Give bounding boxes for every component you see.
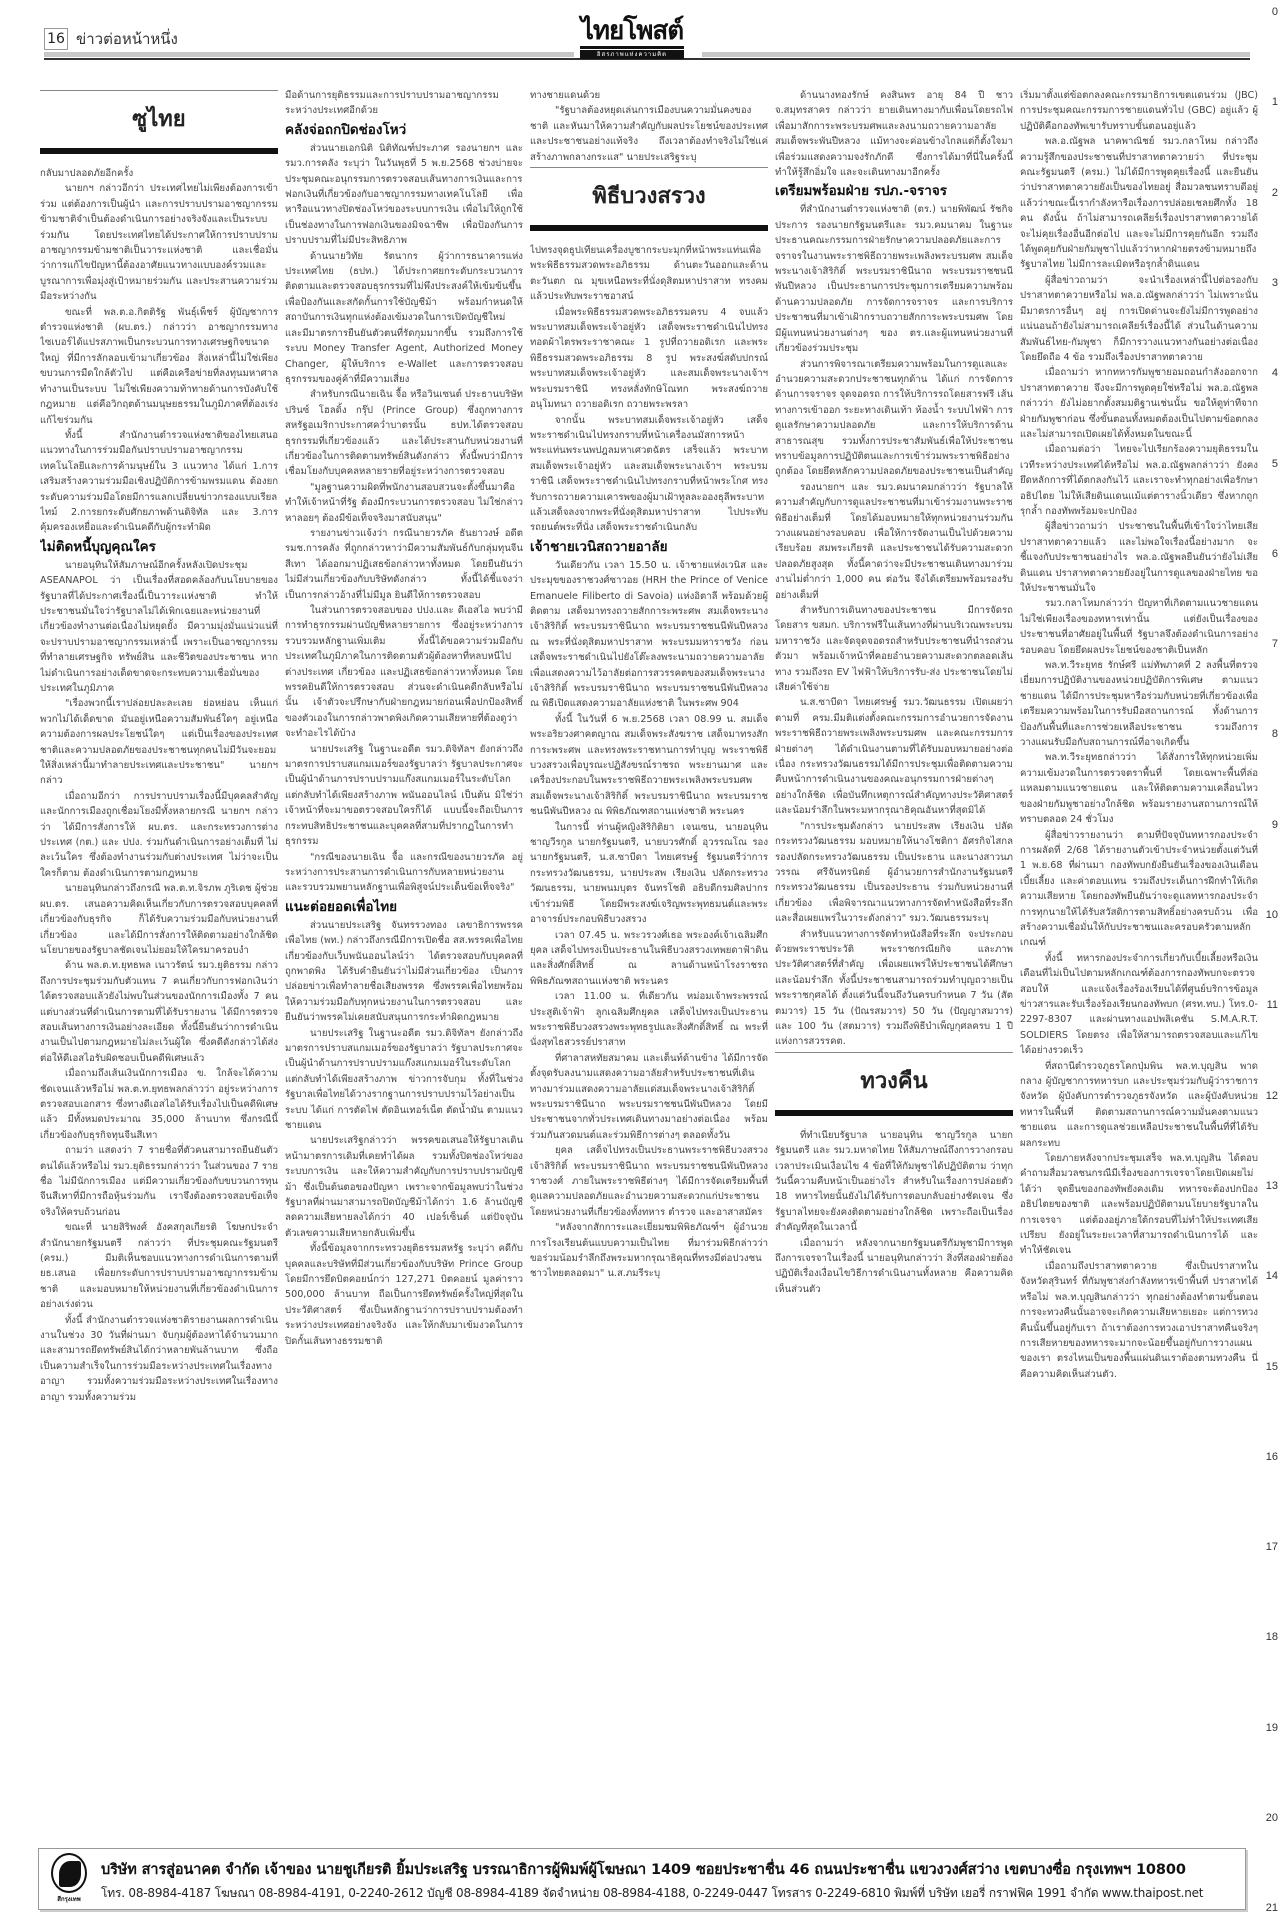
paragraph-group: ส่วนนายเอกนิติ นิติทัณฑ์ประภาศ รองนายกฯ …	[285, 141, 523, 896]
article-paragraph: ด้านนางทองรักษ์ คงสินพร อายุ 84 ปี ชาว จ…	[775, 88, 1013, 180]
article-paragraph: ถามว่า แสดงว่า 7 รายชื่อที่ตัวคนสามารถยื…	[40, 1143, 278, 1220]
article-paragraph: "รัฐบาลต้องหยุดเล่นการเมืองบนความมั่นคงข…	[530, 103, 768, 165]
ruler-mark: 13	[1266, 1180, 1278, 1192]
subheadline: แนะต่อยอดเพื่อไทย	[285, 897, 523, 917]
article-paragraph: ด้าน พล.ต.ท.ยุทธพล เนาวรัตน์ รมว.ยุติธรร…	[40, 958, 278, 1066]
ruler-mark: 20	[1266, 1812, 1278, 1824]
ruler-mark: 19	[1266, 1722, 1278, 1734]
article-paragraph: พล.ท.วีระยุทธกล่าวว่า ได้สั่งการให้ทุกหน…	[1020, 750, 1258, 827]
ruler-mark: 8	[1272, 728, 1278, 740]
article-paragraph: เมื่อถามอีกว่า การปราบปรามเรื่องนี้มีบุค…	[40, 789, 278, 881]
ruler-mark: 16	[1266, 1451, 1278, 1463]
publisher-logo-caption: สีกรุงเทพ	[49, 1894, 89, 1904]
article-paragraph: ทั้งนี้ข้อมูลจากกระทรวงยุติธรรมสหรัฐ ระบ…	[285, 1241, 523, 1349]
section-title: ทวงคืน	[860, 1069, 927, 1094]
ruler-mark: 0	[1272, 6, 1278, 18]
article-paragraph: ส่วนการพิจารณาเตรียมความพร้อมในการดูแลแล…	[775, 357, 1013, 480]
article-paragraph: รองนายกฯ และ รมว.คมนาคมกล่าวว่า รัฐบาลให…	[775, 480, 1013, 603]
article-paragraph: เมื่อพระพิธีธรรมสวดพระอภิธรรมครบ 4 จบแล้…	[530, 305, 768, 413]
ruler-mark: 17	[1266, 1541, 1278, 1553]
article-paragraph: รมว.กลาโหมกล่าวว่า ปัญหาที่เกิดตามแนวชาย…	[1020, 596, 1258, 658]
column-1: ซูไทย กลับมาปลอดภัยอีกครั้งนายกฯ กล่าวอี…	[40, 88, 278, 1823]
article-paragraph: เมื่อถามถึงเส้นเงินนักการเมือง ข. ใกล้จะ…	[40, 1066, 278, 1143]
paragraph-group: ทางชายแดนด้วย"รัฐบาลต้องหยุดเล่นการเมือง…	[530, 88, 768, 165]
ruler-mark: 14	[1266, 1270, 1278, 1282]
article-paragraph: สำหรับแนวทางการจัดทำหนังสือที่ระลึก จะปร…	[775, 927, 1013, 1050]
ruler-mark: 7	[1272, 638, 1278, 650]
article-paragraph: ทั้งนี้ ทหารกองประจำการเกี่ยวกับเบี้ยเลี…	[1020, 951, 1258, 1059]
paragraph-group: ด้านนางทองรักษ์ คงสินพร อายุ 84 ปี ชาว จ…	[775, 88, 1013, 180]
article-paragraph: "หลังจากสักการะและเยี่ยมชมพิพิธภัณฑ์ฯ ผู…	[530, 1220, 768, 1282]
paragraph-group: ที่สำนักงานตำรวจแห่งชาติ (ตร.) นายพิพัฒน…	[775, 202, 1013, 1049]
ruler-mark: 12	[1266, 1090, 1278, 1102]
article-paragraph: สำหรับกรณีนายเฉิน จื้อ หรือวินเซนต์ ประธ…	[285, 387, 523, 479]
section-header: ซูไทย	[40, 90, 278, 162]
column-2: มือด้านการยุติธรรมและการปราบปรามอาชญากรร…	[285, 88, 523, 1823]
article-paragraph: ขณะที่ นายสิริพงศ์ อังคสกุลเกียรติ โฆษกป…	[40, 1220, 278, 1312]
article-paragraph: ที่สถานีตำรวจภูธรโคกปุ่มพิน พล.ท.บุญสิน …	[1020, 1059, 1258, 1151]
paragraph-group: วันเดียวกัน เวลา 15.50 น. เจ้าชายแห่งเวน…	[530, 558, 768, 1282]
article-paragraph: เมื่อถามว่า หลังจากนายกรัฐมนตรีกัมพูชามี…	[775, 1236, 1013, 1298]
masthead-rule-right	[702, 52, 1250, 57]
article-paragraph: นายอนุทินให้สัมภาษณ์อีกครั้งหลังเปิดประช…	[40, 558, 278, 697]
article-paragraph: โดยภายหลังจากประชุมเสร็จ พล.ท.บุญสิน ได้…	[1020, 1151, 1258, 1259]
section-header: พิธีบวงสรวง	[530, 167, 768, 239]
logo-wordmark: ไทยโพสต์	[580, 16, 684, 49]
article-paragraph: น.ส.ซาบีดา ไทยเศรษฐ์ รมว.วัฒนธรรม เปิดเผ…	[775, 695, 1013, 818]
ruler-mark: 4	[1272, 367, 1278, 379]
paragraph-group: กลับมาปลอดภัยอีกครั้งนายกฯ กล่าวอีกว่า ป…	[40, 166, 278, 536]
newspaper-logo: ไทยโพสต์ อิสรภาพแห่งความคิด	[580, 16, 684, 59]
ruler-mark: 15	[1266, 1361, 1278, 1373]
masthead: 16 ข่าวต่อหน้าหนึ่ง ไทยโพสต์ อิสรภาพแห่ง…	[18, 10, 1250, 72]
article-paragraph: เวลา 07.45 น. พระวรวงศ์เธอ พระองค์เจ้าเฉ…	[530, 928, 768, 990]
column-3: ทางชายแดนด้วย"รัฐบาลต้องหยุดเล่นการเมือง…	[530, 88, 768, 1823]
article-paragraph: พล.อ.ณัฐพล นาคพาณิชย์ รมว.กลาโหม กล่าวถึ…	[1020, 134, 1258, 273]
article-paragraph: นายกฯ กล่าวอีกว่า ประเทศไทยไม่เพียงต้องก…	[40, 181, 278, 304]
subheadline: เจ้าชายเวนิสถวายอาลัย	[530, 537, 768, 557]
article-paragraph: "กรณีของนายเฉิน จื้อ และกรณีของนายวรภัค …	[285, 850, 523, 896]
paragraph-group: เริ่มมาตั้งแต่ข้อตกลงคณะกรรมาธิการเขตแดน…	[1020, 88, 1258, 1382]
publisher-footer: สีกรุงเทพ บริษัท สารสู่อนาคต จำกัด เจ้าข…	[38, 1848, 1246, 1910]
article-paragraph: พล.ท.วีระยุทธ รักษ์ศรี แม่ทัพภาคที่ 2 ลง…	[1020, 658, 1258, 750]
section-title: พิธีบวงสรวง	[592, 184, 705, 209]
article-paragraph: ผู้สื่อข่าวถามว่า จะนำเรื่องเหล่านี้ไปต่…	[1020, 273, 1258, 365]
article-paragraph: เมื่อถามต่อว่า ไทยจะไปเรียกร้องความยุติธ…	[1020, 442, 1258, 519]
column-5: เริ่มมาตั้งแต่ข้อตกลงคณะกรรมาธิการเขตแดน…	[1020, 88, 1258, 1823]
article-paragraph: ที่สำนักงานตำรวจแห่งชาติ (ตร.) นายพิพัฒน…	[775, 202, 1013, 356]
article-paragraph: ทั้งนี้ สำนักงานตำรวจแห่งชาติรายงานผลการ…	[40, 1313, 278, 1405]
article-paragraph: ทั้งนี้ ในวันที่ 6 พ.ย.2568 เวลา 08.99 น…	[530, 712, 768, 820]
article-paragraph: ที่ศาลาสหทัยสมาคม และเต็นท์ด้านข้าง ได้ม…	[530, 1051, 768, 1143]
subheadline: คลังจ่อถกปิดช่องโหว่	[285, 120, 523, 140]
article-paragraph: มือด้านการยุติธรรมและการปราบปรามอาชญากรร…	[285, 88, 523, 119]
article-paragraph: ด้านนายวิทัย รัตนากร ผู้ว่าการธนาคารแห่ง…	[285, 249, 523, 388]
subheadline: ไม่ติดหนี้บุญคุณใคร	[40, 537, 278, 557]
paragraph-group: มือด้านการยุติธรรมและการปราบปรามอาชญากรร…	[285, 88, 523, 119]
section-label: ข่าวต่อหน้าหนึ่ง	[76, 28, 178, 50]
article-paragraph: นายประเสริฐกล่าวว่า พรรคขอเสนอให้รัฐบาลเ…	[285, 1133, 523, 1241]
article-paragraph: กลับมาปลอดภัยอีกครั้ง	[40, 166, 278, 181]
publisher-info: บริษัท สารสู่อนาคต จำกัด เจ้าของ นายชูเก…	[101, 1858, 1186, 1881]
article-paragraph: "การประชุมดังกล่าว นายประสพ เรียงเงิน ปล…	[775, 819, 1013, 927]
article-paragraph: ทางชายแดนด้วย	[530, 88, 768, 103]
article-paragraph: จากนั้น พระบาทสมเด็จพระเจ้าอยู่หัว เสด็จ…	[530, 413, 768, 536]
article-paragraph: ที่ทำเนียบรัฐบาล นายอนุทิน ชาญวีรกูล นาย…	[775, 1128, 1013, 1236]
article-paragraph: เวลา 11.00 น. ที่เดียวกัน หม่อมเจ้าพระพร…	[530, 989, 768, 1051]
article-paragraph: "เรื่องพวกนี้เราปล่อยปละละเลย ย่อหย่อน เ…	[40, 696, 278, 788]
article-paragraph: นายอนุทินกล่าวถึงกรณี พล.ต.ท.จิรภพ ภูริเ…	[40, 881, 278, 958]
publisher-contacts: โทร. 08-8984-4187 โฆษณา 08-8984-4191, 0-…	[101, 1884, 1203, 1903]
article-paragraph: ผู้สื่อข่าวถามว่า ประชาชนในพื้นที่เข้าใจ…	[1020, 519, 1258, 596]
section-header: ทวงคืน	[775, 1052, 1013, 1124]
ruler-mark: 10	[1266, 909, 1278, 921]
paragraph-group: นายอนุทินให้สัมภาษณ์อีกครั้งหลังเปิดประช…	[40, 558, 278, 1405]
article-paragraph: เมื่อถามว่า หากทหารกัมพูชายอมถอนกำลังออก…	[1020, 365, 1258, 442]
masthead-rule-left	[44, 52, 574, 57]
subheadline: เตรียมพร้อมฝ่าย รปภ.-จราจร	[775, 181, 1013, 201]
article-paragraph: รายงานข่าวแจ้งว่า กรณีนายวรภัค ธันยาวงษ์…	[285, 526, 523, 603]
section-title: ซูไทย	[132, 107, 185, 132]
ruler-mark: 1	[1272, 96, 1278, 108]
article-paragraph: นายประเสริฐ ในฐานะอดีต รมว.ดิจิทัลฯ ยังก…	[285, 742, 523, 850]
article-paragraph: ในส่วนการตรวจสอบของ ปปง.และ ดีเอสไอ พบว่…	[285, 603, 523, 742]
article-paragraph: วันเดียวกัน เวลา 15.50 น. เจ้าชายแห่งเวน…	[530, 558, 768, 712]
article-paragraph: เริ่มมาตั้งแต่ข้อตกลงคณะกรรมาธิการเขตแดน…	[1020, 88, 1258, 134]
paragraph-group: ไปทรงจุดธูปเทียนเครื่องบูชากระบะมุกที่หน…	[530, 243, 768, 536]
article-paragraph: ผู้สื่อข่าวรายงานว่า ตามที่ปัจจุบันทหารก…	[1020, 828, 1258, 951]
article-paragraph: ขณะที่ พล.ต.อ.กิตติรัฐ พันธุ์เพ็ชร์ ผู้บ…	[40, 305, 278, 428]
logo-tagline: อิสรภาพแห่งความคิด	[580, 50, 684, 59]
ruler-mark: 9	[1272, 819, 1278, 831]
article-paragraph: สำหรับการเดินทางของประชาชน มีการจัดรถโดย…	[775, 603, 1013, 695]
page-number: 16	[44, 28, 68, 50]
ruler-mark: 18	[1266, 1631, 1278, 1643]
ruler-mark: 11	[1267, 999, 1278, 1011]
article-paragraph: ส่วนนายประเสริฐ จันทรรวงทอง เลขาธิการพรร…	[285, 918, 523, 1026]
ruler-mark: 5	[1272, 458, 1278, 470]
column-4: ด้านนางทองรักษ์ คงสินพร อายุ 84 ปี ชาว จ…	[775, 88, 1013, 1823]
publisher-logo: สีกรุงเทพ	[49, 1853, 89, 1907]
ruler-mark: 6	[1272, 548, 1278, 560]
ruler-mark: 21	[1266, 1902, 1278, 1914]
article-columns: ซูไทย กลับมาปลอดภัยอีกครั้งนายกฯ กล่าวอี…	[40, 88, 1262, 1823]
ruler-mark: 3	[1272, 277, 1278, 289]
publisher-emblem-icon	[51, 1853, 87, 1893]
article-paragraph: นายประเสริฐ ในฐานะอดีต รมว.ดิจิทัลฯ ยังก…	[285, 1026, 523, 1134]
ruler-mark: 2	[1272, 187, 1278, 199]
article-paragraph: ทั้งนี้ สำนักงานตำรวจแห่งชาติของไทยเสนอแ…	[40, 428, 278, 536]
article-paragraph: ไปทรงจุดธูปเทียนเครื่องบูชากระบะมุกที่หน…	[530, 243, 768, 305]
article-paragraph: ในการนี้ ท่านผู้หญิงสิริกิติยา เจนเซน, น…	[530, 820, 768, 928]
article-paragraph: เมื่อถามถึงปราสาทตาควาย ซึ่งเป็นปราสาทใน…	[1020, 1259, 1258, 1382]
article-paragraph: ยุคล เสด็จไปทรงเป็นประธานพระราชพิธีบวงสร…	[530, 1143, 768, 1220]
paragraph-group: ที่ทำเนียบรัฐบาล นายอนุทิน ชาญวีรกูล นาย…	[775, 1128, 1013, 1297]
article-paragraph: ส่วนนายเอกนิติ นิติทัณฑ์ประภาศ รองนายกฯ …	[285, 141, 523, 249]
article-paragraph: "มูลฐานความผิดที่พนักงานสอบสวนจะตั้งขึ้น…	[285, 480, 523, 526]
paragraph-group: ส่วนนายประเสริฐ จันทรรวงทอง เลขาธิการพรร…	[285, 918, 523, 1349]
